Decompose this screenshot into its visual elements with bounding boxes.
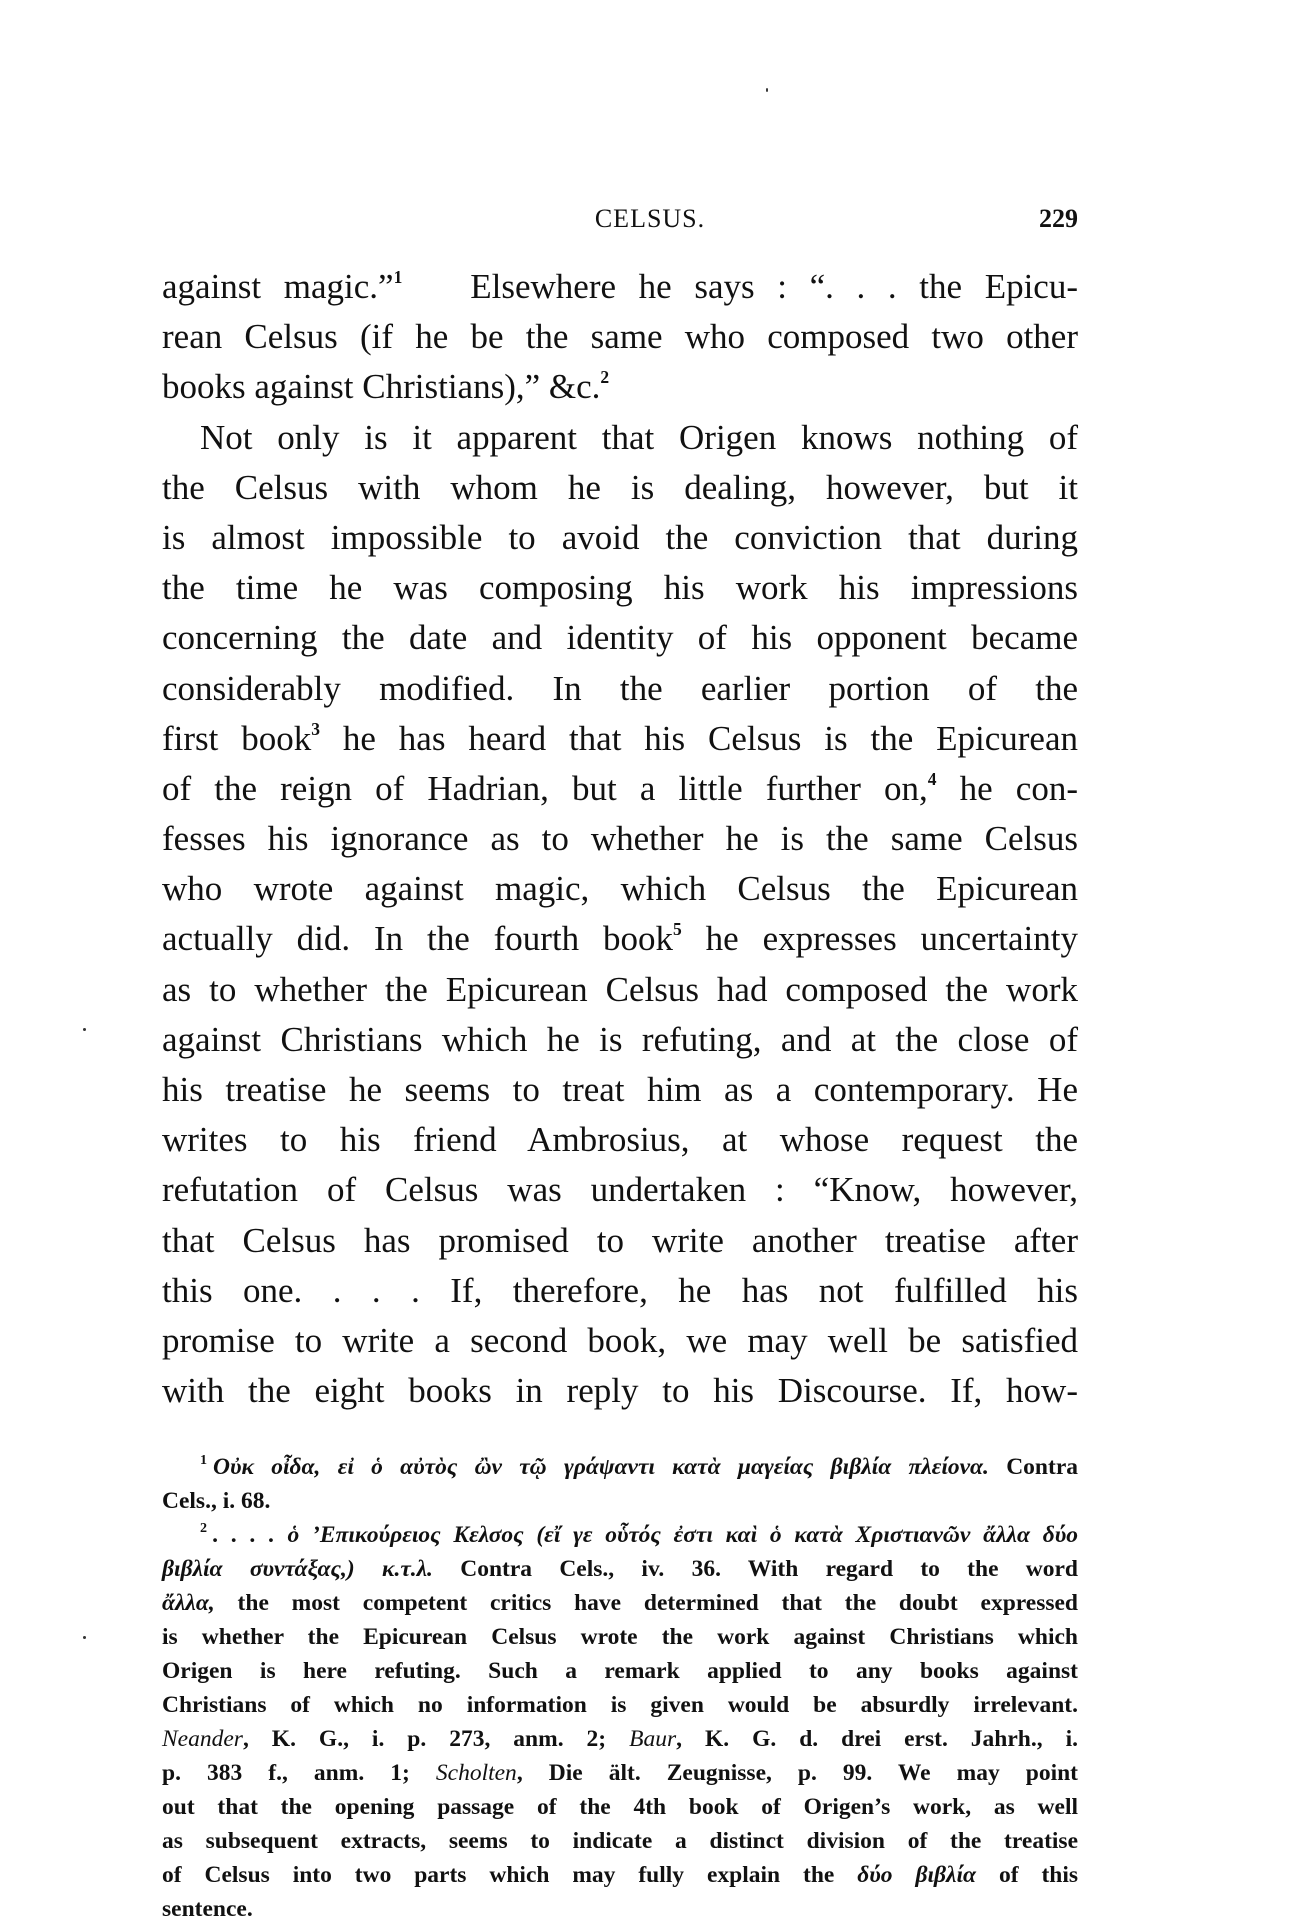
footnote-1-cont: Cels., i. 68. [162,1484,1078,1518]
body-line: the time he was composing his work his i… [162,563,1078,613]
body-line: writes to his friend Ambrosius, at whose… [162,1115,1078,1165]
footnote-line: ἄλλα, the most competent critics have de… [162,1586,1078,1620]
footnote-line: is whether the Epicurean Celsus wrote th… [162,1620,1078,1654]
footnote-2: 2. . . . ὁ ’Επικούρειος Κελσος (εἴ γε οὗ… [162,1518,1078,1552]
footnote-ref-3[interactable]: 3 [311,719,320,739]
body-line: promise to write a second book, we may w… [162,1316,1078,1366]
scan-speck [83,1636,86,1639]
footnote-line: Neander, K. G., i. p. 273, anm. 2; Baur,… [162,1722,1078,1756]
page-number: 229 [1039,204,1078,234]
body-line: actually did. In the fourth book5 he exp… [162,914,1078,964]
body-line: fesses his ignorance as to whether he is… [162,814,1078,864]
body-text: against magic.”1 Elsewhere he says : “. … [162,262,1078,1416]
body-line: is almost impossible to avoid the convic… [162,513,1078,563]
footnotes: 1Οὐκ οἶδα, εἰ ὁ αὐτὸς ὢν τῷ γράψαντι κατ… [162,1450,1078,1925]
greek-quote: . . . . ὁ ’Επικούρειος Κελσος (εἴ γε οὗτ… [213,1522,1078,1548]
author-baur: Baur [629,1726,676,1752]
body-line: this one. . . . If, therefore, he has no… [162,1266,1078,1316]
body-line: rean Celsus (if he be the same who compo… [162,312,1078,362]
footnote-ref-4[interactable]: 4 [928,769,937,789]
body-line: the Celsus with whom he is dealing, howe… [162,463,1078,513]
footnote-line: βιβλία συντάξας,) κ.τ.λ. Contra Cels., i… [162,1552,1078,1586]
footnote-line: sentence. [162,1892,1078,1925]
footnote-line: out that the opening passage of the 4th … [162,1790,1078,1824]
body-line: as to whether the Epicurean Celsus had c… [162,965,1078,1015]
footnote-ref-5[interactable]: 5 [673,920,682,940]
author-neander: Neander [162,1726,243,1752]
greek-quote: Οὐκ οἶδα, εἰ ὁ αὐτὸς ὢν τῷ γράψαντι κατὰ… [213,1454,989,1480]
author-scholten: Scholten [436,1760,517,1786]
body-line: concerning the date and identity of his … [162,613,1078,663]
body-line: considerably modified. In the earlier po… [162,664,1078,714]
body-line: his treatise he seems to treat him as a … [162,1065,1078,1115]
footnote-ref-2[interactable]: 2 [600,368,609,388]
citation: Contra [1006,1454,1078,1480]
scan-speck [766,88,768,92]
body-line: that Celsus has promised to write anothe… [162,1216,1078,1266]
footnote-1: 1Οὐκ οἶδα, εἰ ὁ αὐτὸς ὢν τῷ γράψαντι κατ… [162,1450,1078,1484]
footnote-line: of Celsus into two parts which may fully… [162,1858,1078,1892]
paragraph-start-line: Not only is it apparent that Origen know… [162,413,1078,463]
body-line: of the reign of Hadrian, but a little fu… [162,764,1078,814]
footnote-line: p. 383 f., anm. 1; Scholten, Die ält. Ze… [162,1756,1078,1790]
body-line: who wrote against magic, which Celsus th… [162,864,1078,914]
scan-speck [83,1028,86,1031]
footnote-line: Christians of which no information is gi… [162,1688,1078,1722]
footnote-line: Origen is here refuting. Such a remark a… [162,1654,1078,1688]
footnote-marker-1: 1 [200,1452,207,1468]
footnote-line: as subsequent extracts, seems to indicat… [162,1824,1078,1858]
footnote-marker-2: 2 [200,1520,207,1536]
body-line: first book3 he has heard that his Celsus… [162,714,1078,764]
running-head: CELSUS. 229 [162,196,1078,236]
body-line: with the eight books in reply to his Dis… [162,1366,1078,1416]
body-line: against magic.”1 Elsewhere he says : “. … [162,262,1078,312]
body-line: books against Christians),” &c.2 [162,362,1078,412]
body-line: refutation of Celsus was undertaken : “K… [162,1165,1078,1215]
running-title: CELSUS. [162,204,1078,234]
book-page: CELSUS. 229 against magic.”1 Elsewhere h… [0,0,1292,1925]
body-line: against Christians which he is refuting,… [162,1015,1078,1065]
